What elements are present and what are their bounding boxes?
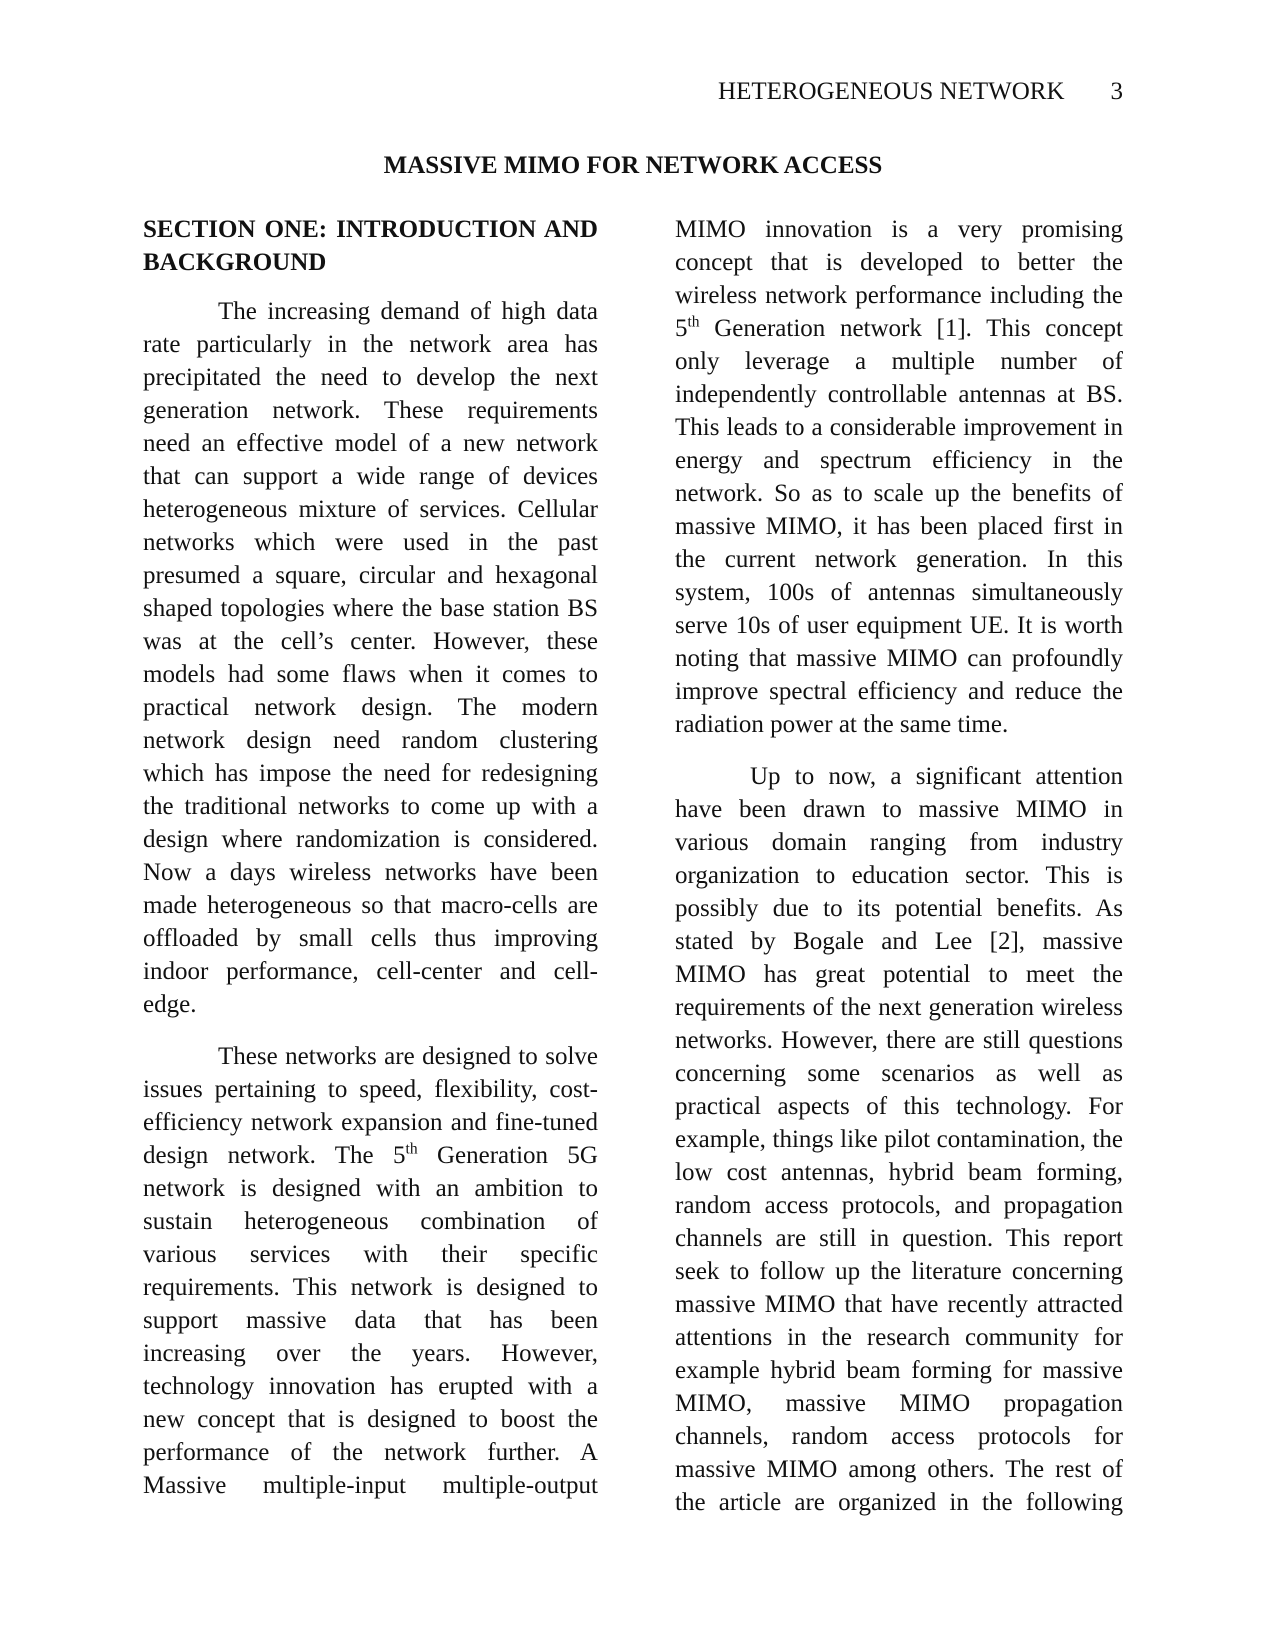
document-title: MASSIVE MIMO FOR NETWORK ACCESS	[143, 149, 1123, 182]
left-paragraph-2-text-after: Generation 5G network is designed with a…	[143, 1142, 598, 1499]
running-header: HETEROGENEOUS NETWORK 3	[143, 75, 1123, 108]
document-page: HETEROGENEOUS NETWORK 3 MASSIVE MIMO FOR…	[0, 0, 1275, 1651]
two-column-body: SECTION ONE: INTRODUCTION AND BACKGROUND…	[143, 213, 1123, 1538]
right-paragraph-2-text: Up to now, a significant attention have …	[675, 763, 1123, 1516]
left-paragraph-2: These networks are designed to solve iss…	[143, 1040, 598, 1502]
ordinal-superscript: th	[406, 1141, 418, 1158]
right-paragraph-1-text-after: Generation network [1]. This concept onl…	[675, 315, 1123, 738]
page-number: 3	[1111, 75, 1124, 108]
right-column: MIMO innovation is a very promising conc…	[675, 213, 1123, 1538]
section-heading: SECTION ONE: INTRODUCTION AND BACKGROUND	[143, 213, 598, 279]
left-column: SECTION ONE: INTRODUCTION AND BACKGROUND…	[143, 213, 598, 1538]
left-paragraph-1-text: The increasing demand of high data rate …	[143, 298, 598, 1018]
ordinal-superscript: th	[688, 314, 700, 331]
right-paragraph-1: MIMO innovation is a very promising conc…	[675, 213, 1123, 741]
right-paragraph-2: Up to now, a significant attention have …	[675, 760, 1123, 1519]
left-paragraph-1: The increasing demand of high data rate …	[143, 295, 598, 1021]
running-title: HETEROGENEOUS NETWORK	[718, 75, 1064, 108]
